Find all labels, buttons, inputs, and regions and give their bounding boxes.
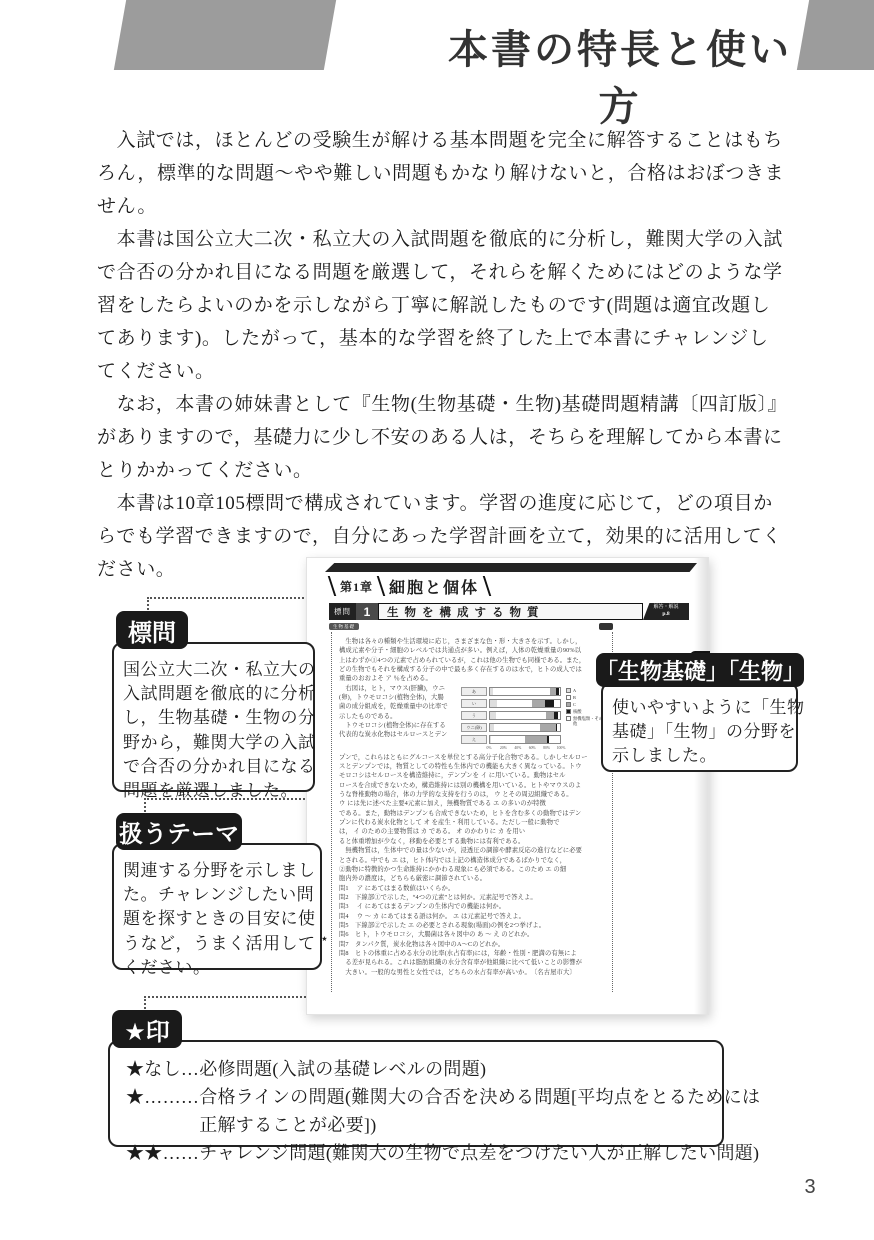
legend-item: 核酸	[566, 709, 605, 715]
chart-stacked-bar	[489, 735, 561, 744]
text-line: モロコシはセルロースを構造維持に，デンプンを イ に用いている。動物はセル	[339, 771, 605, 780]
chart-bar-segment	[549, 736, 560, 743]
text-line: ★★……チャレンジ問題(難関大の生物で点差をつけたい人が正解したい問題)	[126, 1139, 714, 1167]
text-line: 本書は国公立大二次・私立大の入試問題を徹底的に分析し，難関大学の入試	[97, 223, 803, 256]
sample-answer-ref-page: p.8	[662, 611, 669, 618]
text-line: ★………合格ラインの問題(難関大の合否を決める問題[平均点をとるためには	[126, 1083, 714, 1111]
text-line: ると体重増加が少なく，移動を必要とする動物には有利である。	[339, 837, 605, 846]
text-line: 菌の成分組成を，乾燥重量中の比率で	[339, 702, 461, 711]
chart-bar-segment	[491, 736, 525, 743]
chart-bar-segment	[496, 712, 546, 719]
callout-tab-hyomon: 標問	[116, 611, 188, 649]
text-line: である。また，動物はデンプンも合成できないため，ヒトを含む多くの動物ではデン	[339, 809, 605, 818]
sample-body-block-narrow: 右図は，ヒト，マウス(肝臓)，ウニ(卵)，トウモロコシ(植物全体)，大腸菌の成分…	[339, 684, 461, 753]
intro-text: 入試では，ほとんどの受験生が解ける基本問題を完全に解答することはもちろん，標準的…	[97, 124, 803, 586]
text-line: てあります)。したがって，基本的な学習を終了した上で本書にチャレンジし	[97, 322, 803, 355]
text-line: 右図は，ヒト，マウス(肝臓)，ウニ	[339, 684, 461, 693]
chart-row-label: ウニ(卵)	[461, 723, 487, 732]
text-line: 問7 タンパク質，炭水化物は各々図中のA〜Cのどれか。	[339, 940, 605, 949]
sample-answer-ref-tag: 解答・解説 p.8	[643, 603, 689, 620]
callout-tab-fields: 「生物基礎」「生物」	[596, 653, 804, 687]
sample-chapter-row: 第1章 細胞と個体	[331, 575, 488, 597]
legend-item: 無機塩類・その他	[566, 716, 605, 727]
composition-bar-chart: あいうウニ(卵)え 0%20%40%60%80%100% ABC核酸無機塩類・そ…	[461, 684, 605, 753]
text-line: 構成元素や分子・細胞のレベルでは共通点が多い。例えば，人体の乾燥重量の90%以	[339, 646, 605, 655]
mini-chart-legend: ABC核酸無機塩類・その他	[563, 686, 605, 753]
text-line: うなど，うまく活用して	[123, 932, 314, 956]
sample-body-block-3: 無機物質は，生体中での量は少ないが，浸透圧の調節や酵素反応の進行などに必要とされ…	[339, 846, 605, 883]
legend-label: 核酸	[573, 709, 582, 715]
text-line: 関連する分野を示しまし	[123, 859, 314, 883]
text-line: で合否の分かれ目になる	[123, 755, 306, 779]
slash-divider-icon	[328, 576, 336, 596]
callout-box-stars: ★なし…必修問題(入試の基礎レベルの問題)★………合格ラインの問題(難関大の合否…	[108, 1040, 724, 1147]
text-line: た。チャレンジしたい問	[123, 883, 314, 907]
text-line: 示したものである。	[339, 712, 461, 721]
chart-row: あ	[461, 686, 563, 698]
text-line: 題を探すときの目安に使	[123, 907, 314, 931]
sample-chapter-title: 細胞と個体	[389, 575, 479, 598]
text-line: (卵)，トウモロコシ(植物全体)，大腸	[339, 693, 461, 702]
slash-divider-icon	[483, 576, 491, 596]
text-line: 使いやすいように「生物	[612, 696, 790, 720]
sample-hyomon-label: 標問	[329, 603, 356, 620]
text-line: ロースを合成できないため，構造維持には別の機構を用いている。ヒトやマウスのよ	[339, 781, 605, 790]
text-line: てください。	[97, 355, 803, 388]
text-line: 重量のおおよそ ア ％を占める。	[339, 674, 605, 683]
text-line: 入試問題を徹底的に分析	[123, 682, 306, 706]
text-line: 胞内外の濃度は，どちらも厳密に調節されている。	[339, 874, 605, 883]
axis-tick-label: 0%	[486, 746, 491, 750]
chart-row-label: え	[461, 735, 487, 744]
text-line: し，生物基礎・生物の分	[123, 706, 306, 730]
text-line: トウモロコシ(植物全体)に存在する	[339, 721, 461, 730]
sample-body-block-2: プンで，これらはともにグルコースを単位とする高分子化合物である。しかしセルロース…	[339, 753, 605, 846]
chart-bar-segment	[540, 724, 555, 731]
chart-bar-segment	[490, 700, 497, 707]
text-line: 入試では，ほとんどの受験生が解ける基本問題を完全に解答することはもち	[97, 124, 803, 157]
book-page: 本書の特長と使い方 入試では，ほとんどの受験生が解ける基本問題を完全に解答するこ…	[0, 0, 874, 1240]
sample-field-tag: 生物基礎	[329, 623, 359, 630]
chart-bar-segment	[545, 700, 555, 707]
legend-swatch-icon	[566, 702, 571, 707]
chart-row-label: あ	[461, 687, 487, 696]
text-line: 問8 ヒトの体重に占める水分の比率(水占有率)には，年齢・性別・肥満の有無によ	[339, 949, 605, 958]
axis-tick-label: 60%	[529, 746, 536, 750]
sample-top-band	[325, 563, 697, 572]
text-line: 無機物質は，生体中での量は少ないが，浸透圧の調節や酵素反応の進行などに必要	[339, 846, 605, 855]
text-line: がありますので，基礎力に少し不安のある人は，そちらを理解してから本書に	[97, 421, 803, 454]
legend-item: A	[566, 688, 605, 694]
sample-body-block-1: 生物は各々の種類や生活環境に応じ，さまざまな色・形・大きさを示す。しかし，構成元…	[339, 637, 605, 684]
connector-hyomon-horizontal	[147, 597, 331, 599]
chart-row: い	[461, 698, 563, 710]
callout-tab-stars: ★印	[112, 1010, 182, 1048]
text-line: 問1 ア にあてはまる数値はいくらか。	[339, 884, 605, 893]
text-line: ください。	[123, 956, 314, 980]
text-line: どの生物でもそれを構成する分子の中で最も多く存在するのは水で，ヒトの成人では	[339, 665, 605, 674]
text-line: ★なし…必修問題(入試の基礎レベルの問題)	[126, 1055, 714, 1083]
legend-label: B	[573, 695, 576, 701]
callout-box-hyomon: 国公立大二次・私立大の入試問題を徹底的に分析し，生物基礎・生物の分野から，難関大…	[112, 642, 315, 792]
text-line: 本書は10章105標問で構成されています。学習の進度に応じて，どの項目か	[97, 487, 803, 520]
axis-tick-label: 20%	[500, 746, 507, 750]
sample-problem-band: 標問 1 生物を構成する物質 解答・解説 p.8	[329, 603, 689, 620]
text-line: 上はわずか①4つの元素で占められているが，これは他の生物でも同様である。また，	[339, 656, 605, 665]
chart-bar-segment	[494, 724, 540, 731]
sample-chapter-number: 第1章	[340, 578, 373, 595]
legend-swatch-icon	[566, 688, 571, 693]
chart-stacked-bar	[489, 711, 561, 720]
legend-swatch-icon	[566, 695, 571, 700]
callout-box-themes: 関連する分野を示しました。チャレンジしたい問題を探すときの目安に使うなど，うまく…	[112, 843, 322, 970]
text-line: うな脊椎動物の場合，体の力学的な支持を行うのは， ウ とその周辺組織である。	[339, 790, 605, 799]
chart-bar-segment	[558, 712, 560, 719]
text-line: 習をしたらよいのかを示しながら丁寧に解説したものです(問題は適宜改題し	[97, 289, 803, 322]
sample-middle-row: 右図は，ヒト，マウス(肝臓)，ウニ(卵)，トウモロコシ(植物全体)，大腸菌の成分…	[339, 684, 605, 753]
chart-row: う	[461, 710, 563, 722]
chart-row-label: い	[461, 699, 487, 708]
text-line: 問3 イ にあてはまるデンプンの生体内での機能は何か。	[339, 902, 605, 911]
chart-bar-segment	[546, 712, 554, 719]
axis-tick-label: 40%	[514, 746, 521, 750]
text-line: プンで，これらはともにグルコースを単位とする高分子化合物である。しかしセルロー	[339, 753, 605, 762]
slash-divider-icon	[377, 576, 385, 596]
sample-problem-title: 生物を構成する物質	[378, 603, 643, 620]
header-left-parallelogram	[114, 0, 336, 70]
text-line: 野から，難関大学の入試	[123, 731, 306, 755]
text-line: スとデンプンでは，物質としての特性も生体内での機能も大きく異なっている。トウ	[339, 762, 605, 771]
text-line: 生物は各々の種類や生活環境に応じ，さまざまな色・形・大きさを示す。しかし，	[339, 637, 605, 646]
chart-stacked-bar	[489, 699, 561, 708]
text-line: せん。	[97, 190, 803, 223]
sample-questions: 問1 ア にあてはまる数値はいくらか。問2 下線部①で示した，“4つの元素”とは…	[339, 884, 605, 977]
axis-tick-label: 100%	[557, 746, 566, 750]
text-line: 代表的な炭水化物はセルロースとデン	[339, 730, 461, 739]
text-line: ろん，標準的な問題〜やや難しい問題もかなり解けないと，合格はおぼつきま	[97, 157, 803, 190]
text-line: 問題を厳選しました。	[123, 779, 306, 803]
corner-badge	[599, 623, 613, 630]
sample-problem-box: 生物は各々の種類や生活環境に応じ，さまざまな色・形・大きさを示す。しかし，構成元…	[331, 632, 613, 992]
callout-tab-themes: 扱うテーマ	[116, 813, 242, 850]
text-line: らでも学習できますので，自分にあった学習計画を立て，効果的に活用してく	[97, 520, 803, 553]
text-line: 国公立大二次・私立大の	[123, 658, 306, 682]
sample-tag-row: 生物基礎	[329, 622, 613, 630]
legend-item: C	[566, 702, 605, 708]
text-line: プンに代わる炭水化物として オ を産生・利用している。ただし一般に動物で	[339, 818, 605, 827]
legend-item: B	[566, 695, 605, 701]
chart-bar-segment	[557, 724, 560, 731]
legend-label: A	[573, 688, 576, 694]
text-line: 問6 ヒト，トウモロコシ，大腸菌は各々図中の あ 〜 え のどれか。	[339, 930, 605, 939]
chart-bar-segment	[532, 700, 545, 707]
page-number: 3	[790, 1176, 830, 1199]
text-line: は， イ のための主要物質は カ である。 オ のかわりに カ を用い	[339, 827, 605, 836]
text-line: とりかかってください。	[97, 454, 803, 487]
chart-row: え	[461, 734, 563, 746]
text-line: 大きい。一般的な男性と女性では，どちらの水占有率が高いか。 〔名古屋市大〕	[339, 968, 605, 977]
mini-chart-rows: あいうウニ(卵)え	[461, 686, 563, 746]
chart-bar-segment	[554, 700, 560, 707]
chart-bar-segment	[493, 688, 550, 695]
callout-box-fields: 使いやすいように「生物基礎」「生物」の分野を示しました。	[601, 682, 798, 772]
chart-bar-segment	[525, 736, 547, 743]
text-line: る差が見られる。これは脂肪組織の水分含有率が他組織に比べて低いことの影響が	[339, 958, 605, 967]
chart-stacked-bar	[489, 723, 561, 732]
text-line: なお，本書の姉妹書として『生物(生物基礎・生物)基礎問題精講〔四訂版〕』	[97, 388, 803, 421]
legend-swatch-icon	[566, 709, 571, 714]
mini-chart-axis: 0%20%40%60%80%100%	[489, 746, 561, 753]
text-line: とされる。中でも エ は，ヒト体内では上記の構造体成分であるばかりでなく，	[339, 856, 605, 865]
text-line: 示しました。	[612, 744, 790, 768]
chart-row: ウニ(卵)	[461, 722, 563, 734]
text-line: 問4 ウ 〜 カ にあてはまる語は何か。 エ は元素記号で答えよ。	[339, 912, 605, 921]
text-line: 問2 下線部①で示した，“4つの元素”とは何か。元素記号で答えよ。	[339, 893, 605, 902]
page-title: 本書の特長と使い方	[430, 18, 810, 132]
text-line: 基礎」「生物」の分野を	[612, 720, 790, 744]
text-line: で合否の分かれ目になる問題を厳選して，それらを解くためにはどのような学	[97, 256, 803, 289]
text-line: 正解することが必要])	[126, 1111, 714, 1139]
chart-bar-segment	[497, 700, 532, 707]
chart-row-label: う	[461, 711, 487, 720]
axis-tick-label: 80%	[543, 746, 550, 750]
chart-stacked-bar	[489, 687, 561, 696]
text-line: ②動物に特徴的かつ生命維持にかかわる現象にも必須である。このため エ の細	[339, 865, 605, 874]
sample-page-image: 第1章 細胞と個体 標問 1 生物を構成する物質 解答・解説 p.8 生物基礎 …	[306, 557, 709, 1015]
chart-bar-segment	[559, 688, 560, 695]
legend-swatch-icon	[566, 716, 571, 721]
sample-problem-number: 1	[356, 603, 378, 620]
legend-label: C	[573, 702, 576, 708]
chart-rows-and-axis: あいうウニ(卵)え 0%20%40%60%80%100%	[461, 686, 563, 753]
text-line: ウ には先に述べた主要4元素に加え，無機物質である エ の多いのが特徴	[339, 799, 605, 808]
text-line: 問5 下線部②で示した エ の必要とされる現象(場面)の例を2つ挙げよ。	[339, 921, 605, 930]
